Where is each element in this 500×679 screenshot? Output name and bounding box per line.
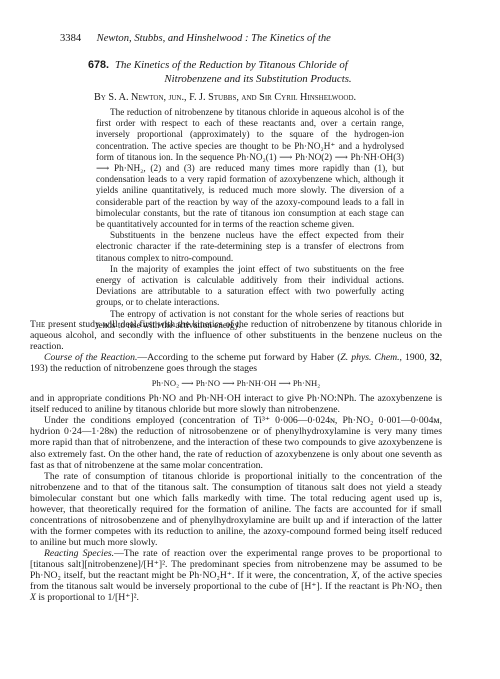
reacting-species-paragraph: Reacting Species.—The rate of reaction o… (30, 548, 442, 603)
intro-lead-word: The (30, 319, 45, 330)
section-heading-reacting: Reacting Species. (44, 548, 114, 559)
intro-text: present study will deal first with the k… (30, 319, 442, 352)
author-byline: By S. A. Newton, jun., F. J. Stubbs, and… (94, 92, 414, 103)
section-heading-course: Course of the Reaction. (44, 352, 137, 363)
citation-year: , 1900, (400, 352, 430, 363)
consumption-paragraph: The rate of consumption of titanous chlo… (30, 471, 442, 548)
abstract-paragraph: In the majority of examples the joint ef… (96, 265, 404, 310)
course-text: —According to the scheme put forward by … (137, 352, 340, 363)
course-paragraph: Course of the Reaction.—According to the… (30, 352, 442, 374)
reaction-scheme: Ph·NO₂ ⟶ Ph·NO ⟶ Ph·NH·OH ⟶ Ph·NH₂ (30, 378, 442, 389)
article-number: 678. (88, 59, 109, 71)
citation-journal: Z. phys. Chem. (340, 352, 399, 363)
main-body: The present study will deal first with t… (30, 319, 442, 603)
conditions-paragraph: Under the conditions employed (concentra… (30, 415, 442, 470)
running-title: Newton, Stubbs, and Hinshelwood : The Ki… (97, 33, 331, 44)
abstract: The reduction of nitrobenzene by titanou… (96, 108, 346, 332)
abstract-paragraph: Substituents in the benzene nucleus have… (96, 231, 404, 265)
article-title-line2: Nitrobenzene and its Substitution Produc… (88, 73, 418, 87)
running-header: 3384 Newton, Stubbs, and Hinshelwood : T… (60, 33, 400, 44)
article-title-block: 678.The Kinetics of the Reduction by Tit… (88, 59, 418, 86)
after-scheme-paragraph: and in appropriate conditions Ph·NO and … (30, 393, 442, 415)
intro-paragraph: The present study will deal first with t… (30, 319, 442, 352)
abstract-paragraph: The reduction of nitrobenzene by titanou… (96, 108, 404, 231)
reacting-text: is proportional to 1/[H⁺]². (36, 592, 139, 603)
article-title-line1: The Kinetics of the Reduction by Titanou… (115, 59, 348, 71)
page-number: 3384 (60, 33, 94, 44)
citation-volume: 32 (430, 352, 440, 363)
